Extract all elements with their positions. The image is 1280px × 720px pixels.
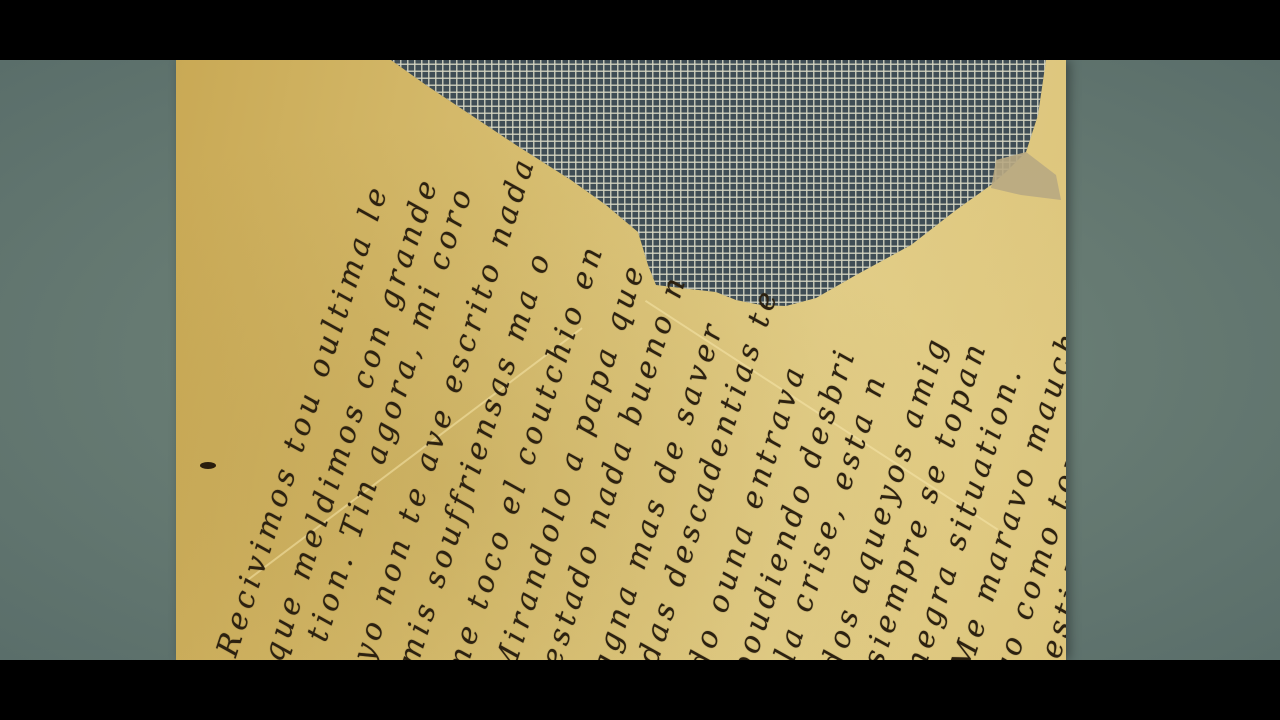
letterbox-bottom <box>0 660 1280 720</box>
letterbox-top <box>0 0 1280 60</box>
handwriting-block: Recivimos tou oultima le que meldimos co… <box>176 60 1066 660</box>
handwritten-letter: Recivimos tou oultima le que meldimos co… <box>176 60 1066 660</box>
backdrop: Recivimos tou oultima le que meldimos co… <box>0 60 1280 660</box>
